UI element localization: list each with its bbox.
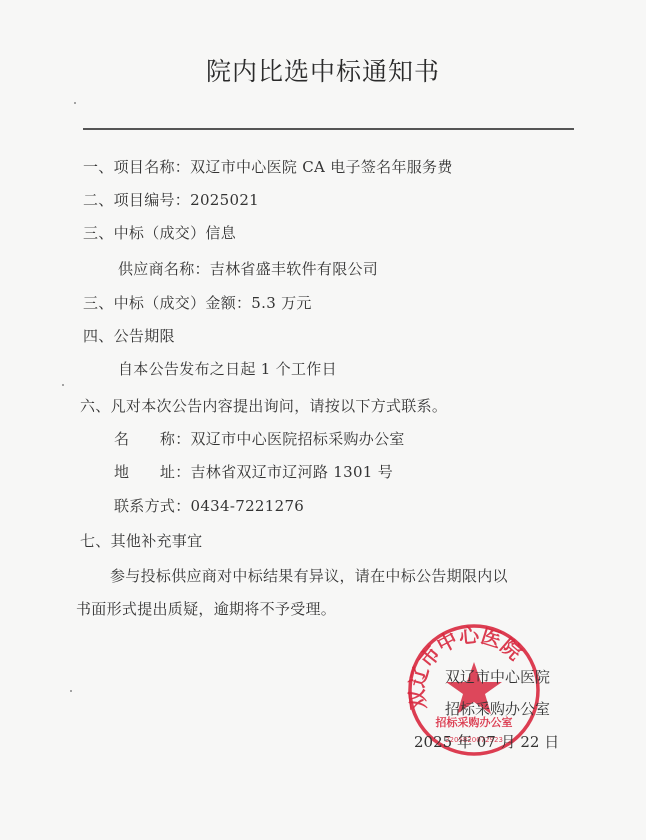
- objection-text-2: 书面形式提出质疑，逾期将不予受理。: [76, 598, 336, 619]
- project-number: 二、项目编号：2025021: [83, 189, 259, 210]
- signature-date: 2025 年 07 月 22 日: [414, 731, 559, 752]
- signature-org: 双辽市中心医院: [445, 666, 550, 687]
- scan-speck: [74, 102, 76, 104]
- award-amount: 三、中标（成交）金额：5.3 万元: [83, 292, 312, 313]
- signature-dept: 招标采购办公室: [445, 698, 550, 719]
- scan-speck: [62, 384, 64, 386]
- contact-name: 名 称：双辽市中心医院招标采购办公室: [114, 428, 405, 449]
- section-contact: 六、凡对本次公告内容提出询问，请按以下方式联系。: [80, 395, 447, 416]
- contact-address: 地 址：吉林省双辽市辽河路 1301 号: [114, 461, 393, 482]
- scan-speck: [70, 690, 72, 692]
- section-notice-period: 四、公告期限: [83, 325, 175, 346]
- objection-text-1: 参与投标供应商对中标结果有异议，请在中标公告期限内以: [110, 565, 508, 586]
- contact-phone: 联系方式：0434-7221276: [114, 495, 304, 516]
- project-name: 一、项目名称：双辽市中心医院 CA 电子签名年服务费: [83, 156, 453, 177]
- notice-period: 自本公告发布之日起 1 个工作日: [118, 358, 337, 379]
- supplier-name: 供应商名称：吉林省盛丰软件有限公司: [118, 258, 378, 279]
- document-title: 院内比选中标通知书: [0, 52, 646, 88]
- section-other: 七、其他补充事宜: [80, 530, 202, 551]
- title-divider: [83, 128, 574, 130]
- section-award-info: 三、中标（成交）信息: [83, 222, 236, 243]
